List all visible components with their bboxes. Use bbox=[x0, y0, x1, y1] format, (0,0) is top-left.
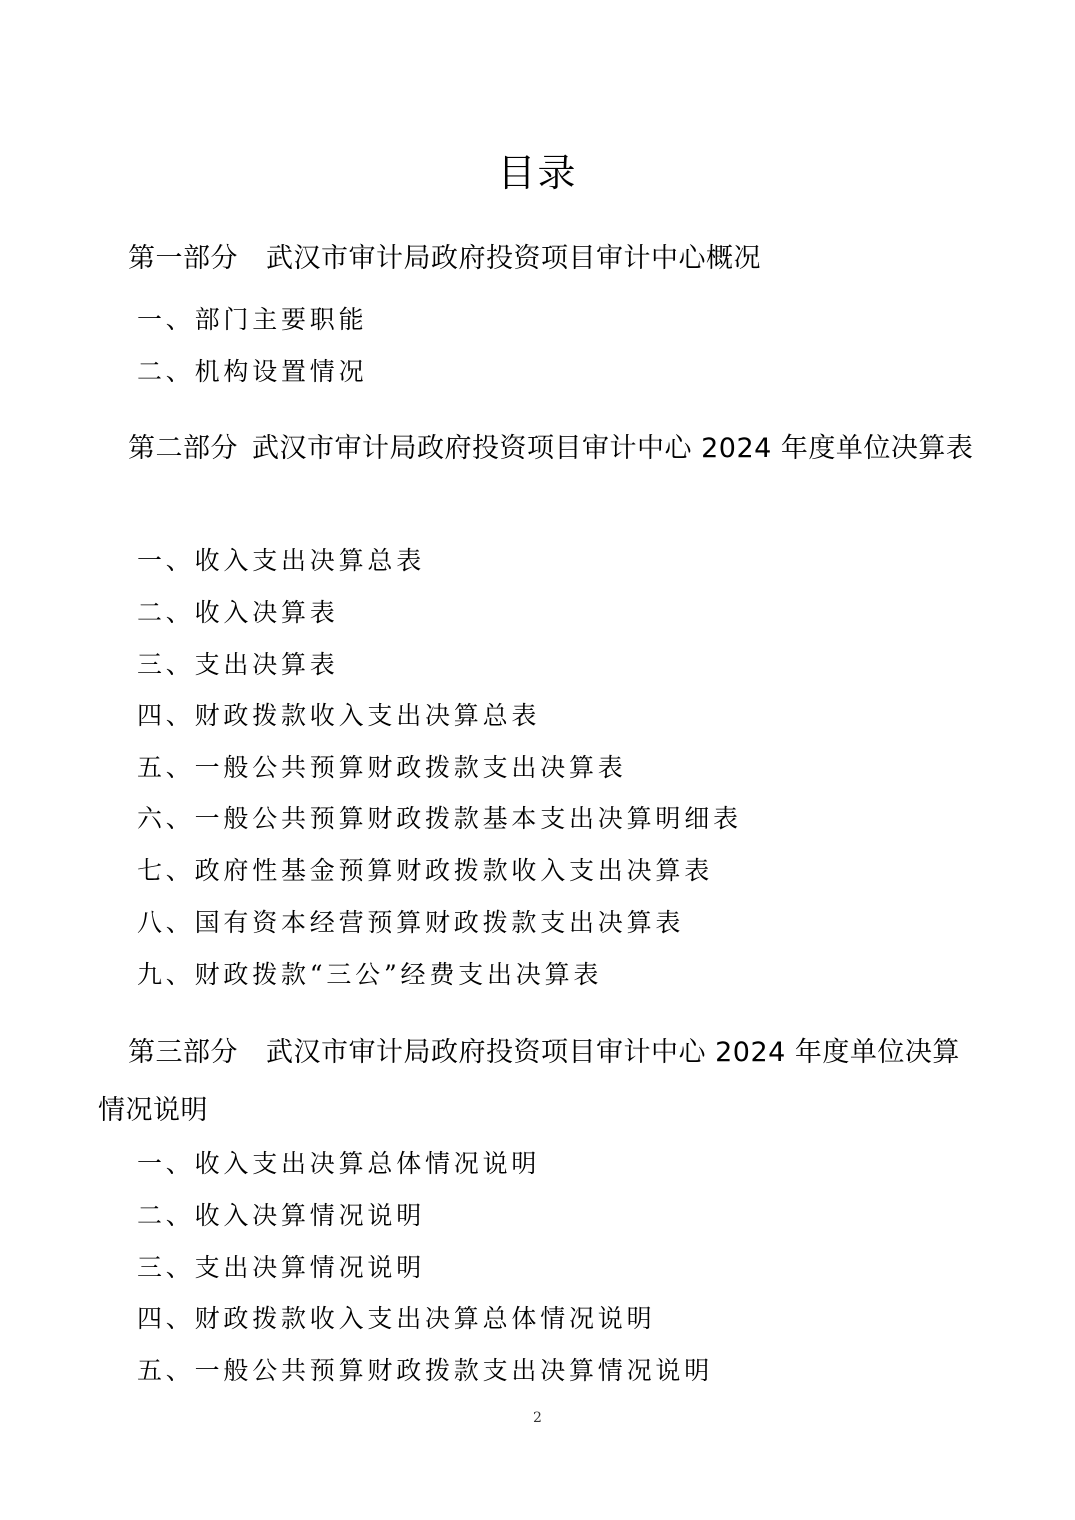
toc-part-2-item-7[interactable]: 七、政府性基金预算财政拨款收入支出决算表 bbox=[137, 854, 713, 888]
toc-part-2-item-1[interactable]: 一、收入支出决算总表 bbox=[137, 544, 425, 578]
toc-part-3-item-5[interactable]: 五、一般公共预算财政拨款支出决算情况说明 bbox=[137, 1354, 713, 1388]
part-2-prefix: 第二部分 bbox=[128, 433, 238, 464]
toc-part-1-item-2[interactable]: 二、机构设置情况 bbox=[137, 355, 367, 389]
toc-part-3-item-1[interactable]: 一、收入支出决算总体情况说明 bbox=[137, 1147, 540, 1181]
toc-part-2-item-6[interactable]: 六、一般公共预算财政拨款基本支出决算明细表 bbox=[137, 802, 742, 836]
toc-part-2-item-4[interactable]: 四、财政拨款收入支出决算总表 bbox=[137, 699, 540, 733]
part-1-title: 武汉市审计局政府投资项目审计中心概况 bbox=[266, 243, 761, 274]
toc-title: 目录 bbox=[0, 146, 1075, 200]
toc-part-3-heading[interactable]: 第三部分武汉市审计局政府投资项目审计中心 2024 年度单位决算情况说明 bbox=[98, 1024, 978, 1140]
part-1-prefix: 第一部分 bbox=[128, 243, 238, 274]
toc-part-1-heading[interactable]: 第一部分武汉市审计局政府投资项目审计中心概况 bbox=[98, 230, 978, 288]
part-2-title: 武汉市审计局政府投资项目审计中心 2024 年度单位决算表 bbox=[252, 433, 973, 464]
toc-part-2-item-5[interactable]: 五、一般公共预算财政拨款支出决算表 bbox=[137, 751, 627, 785]
part-3-prefix: 第三部分 bbox=[128, 1037, 238, 1068]
toc-part-2-heading[interactable]: 第二部分武汉市审计局政府投资项目审计中心 2024 年度单位决算表 bbox=[98, 420, 978, 478]
toc-part-3-item-4[interactable]: 四、财政拨款收入支出决算总体情况说明 bbox=[137, 1302, 655, 1336]
toc-part-3-item-2[interactable]: 二、收入决算情况说明 bbox=[137, 1199, 425, 1233]
toc-part-2-item-8[interactable]: 八、国有资本经营预算财政拨款支出决算表 bbox=[137, 906, 684, 940]
document-page: 目录 第一部分武汉市审计局政府投资项目审计中心概况 一、部门主要职能 二、机构设… bbox=[0, 0, 1075, 1520]
page-number: 2 bbox=[0, 1410, 1075, 1426]
toc-part-3-item-3[interactable]: 三、支出决算情况说明 bbox=[137, 1251, 425, 1285]
toc-part-2-item-9[interactable]: 九、财政拨款“三公”经费支出决算表 bbox=[137, 958, 602, 992]
toc-part-2-item-3[interactable]: 三、支出决算表 bbox=[137, 648, 339, 682]
toc-part-2-item-2[interactable]: 二、收入决算表 bbox=[137, 596, 339, 630]
toc-part-1-item-1[interactable]: 一、部门主要职能 bbox=[137, 303, 367, 337]
